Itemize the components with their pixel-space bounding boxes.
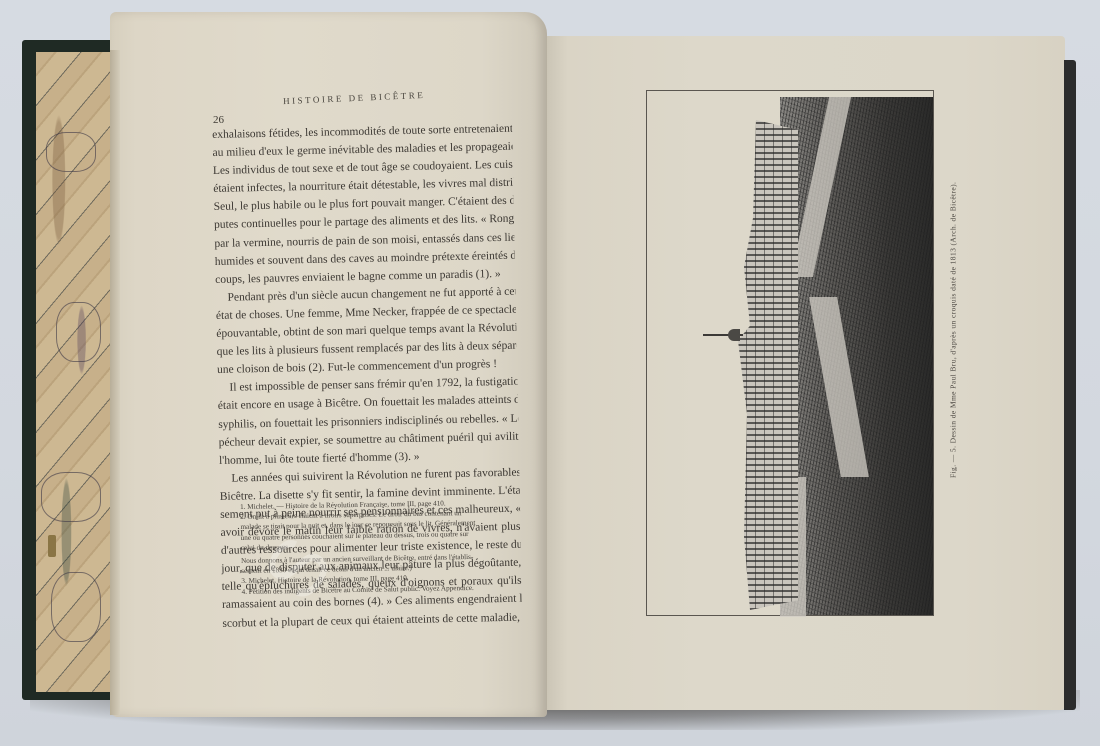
page-number: 26 — [213, 114, 224, 126]
plate-caption: Fig. — 5. Dessin de Mme Paul Bru, d'aprè… — [944, 150, 962, 510]
engraving-dome — [728, 329, 740, 341]
marble-vein — [51, 572, 101, 642]
marble-vein — [56, 302, 101, 362]
book-cover-right — [1064, 60, 1076, 710]
marbled-endpaper — [36, 52, 114, 692]
marble-vein — [41, 472, 101, 522]
marble-vein — [46, 132, 96, 172]
engraving-path — [791, 97, 851, 277]
binding-clasp — [48, 535, 56, 557]
engraving-landscape — [780, 97, 933, 615]
engraving-path — [809, 297, 869, 477]
left-page-edge — [110, 50, 120, 715]
